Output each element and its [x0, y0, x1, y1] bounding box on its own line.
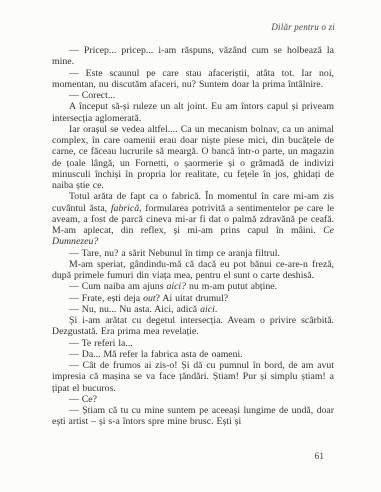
text-segment: ? Ai uitat drumul? — [156, 293, 229, 304]
paragraph: — Nu, nu... Nu asta. Aici, adică aici. — [52, 304, 334, 315]
paragraph: — Corect... — [52, 90, 334, 101]
text-segment: M-am speriat, gândindu-mă că dacă eu pot… — [52, 259, 334, 281]
paragraph: — Ce? — [52, 394, 334, 405]
paragraph: — Este scaunul pe care stau afaceriștii,… — [52, 68, 334, 91]
running-header: Dilăr pentru o zi — [52, 22, 335, 32]
text-segment: — Da... Mă refer la fabrica asta de oame… — [69, 349, 243, 360]
text-segment: — Tare, nu? a sărit Nebunul în timp ce a… — [69, 248, 280, 259]
text-segment: nu m-am putut abține. — [186, 281, 277, 292]
text-segment: — Pricep... pricep... i-am răspuns, văzâ… — [52, 45, 334, 67]
page-number: 61 — [315, 452, 325, 462]
paragraph: — Cum naiba am ajuns aici? nu m-am putut… — [52, 281, 334, 292]
text-segment: — Știam că tu cu mine suntem pe aceeași … — [52, 405, 334, 427]
paragraph: A început să-și ruleze un alt joint. Eu … — [52, 101, 334, 124]
paragraph: — Pricep... pricep... i-am răspuns, văzâ… — [52, 45, 334, 68]
paragraph: — Da... Mă refer la fabrica asta de oame… — [52, 349, 334, 360]
paragraph: M-am speriat, gândindu-mă că dacă eu pot… — [52, 259, 334, 282]
paragraph: — Știam că tu cu mine suntem pe aceeași … — [52, 405, 334, 428]
text-segment: — Frate, ești deja — [69, 293, 143, 304]
text-segment: A început să-și ruleze un alt joint. Eu … — [52, 101, 334, 123]
book-page: Dilăr pentru o zi — Pricep... pricep... … — [0, 0, 381, 492]
paragraph: — Frate, ești deja out? Ai uitat drumul? — [52, 293, 334, 304]
paragraph: Și i-am arătat cu degetul intersecția. A… — [52, 315, 334, 338]
text-segment: — Ce? — [69, 394, 97, 405]
text-segment: — Corect... — [69, 90, 115, 101]
paragraph: — Cât de frumos ai zis-o! Și dă cu pumnu… — [52, 360, 334, 394]
italic-text-segment: aici? — [166, 281, 186, 292]
paragraph: — Tare, nu? a sărit Nebunul în timp ce a… — [52, 248, 334, 259]
text-segment: — Nu, nu... Nu asta. Aici, adică — [69, 304, 200, 315]
italic-text-segment: aici — [200, 304, 215, 315]
page-body: — Pricep... pricep... i-am răspuns, văzâ… — [52, 45, 334, 428]
text-segment: Și i-am arătat cu degetul intersecția. A… — [52, 315, 334, 337]
text-segment: — Cât de frumos ai zis-o! Și dă cu pumnu… — [52, 360, 334, 394]
text-segment: — Te referi la... — [69, 338, 133, 349]
paragraph: Iar orașul se vedea altfel.... Ca un mec… — [52, 124, 334, 192]
italic-text-segment: fabrică — [111, 203, 139, 214]
paragraph: Totul arăta de fapt ca o fabrică. În mom… — [52, 191, 334, 247]
text-segment: — Este scaunul pe care stau afaceriștii,… — [52, 68, 334, 90]
text-segment: — Cum naiba am ajuns — [69, 281, 166, 292]
italic-text-segment: out — [143, 293, 156, 304]
text-segment: . — [215, 304, 217, 315]
text-segment: Iar orașul se vedea altfel.... Ca un mec… — [52, 124, 334, 191]
paragraph: — Te referi la... — [52, 338, 334, 349]
